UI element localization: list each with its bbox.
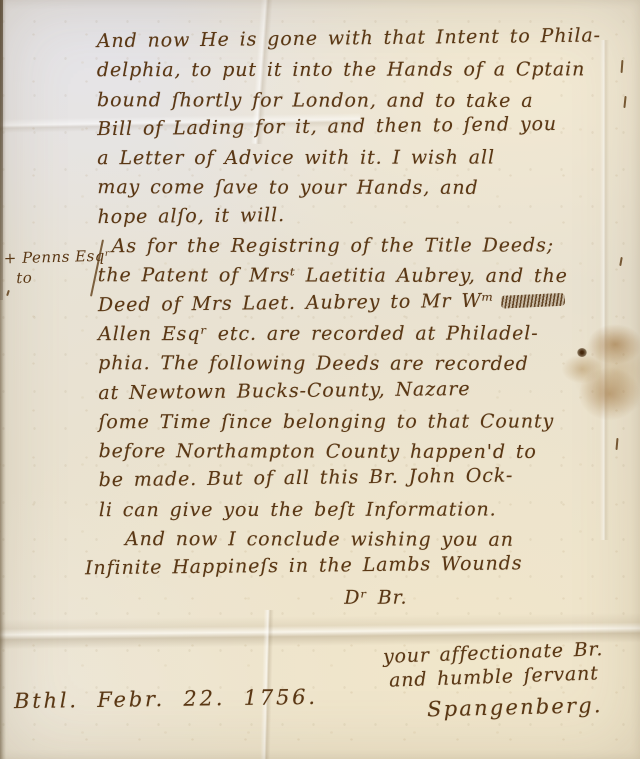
letter-line: a Letter of Advice with it. I wish all — [97, 143, 637, 173]
scribbled-out-word — [501, 292, 566, 308]
letter-body: And now He is gone with that Intent to P… — [97, 25, 640, 613]
letter-closing-text: Dʳ Br. — [344, 586, 407, 608]
paper-edge — [0, 0, 3, 300]
letter-line-text: And now He is gone with that Intent to P… — [97, 24, 601, 52]
letter-line-text: bound ſhortly for London, and to take a — [97, 89, 533, 112]
letter-line: li can give you the beſt Information. — [99, 495, 639, 525]
letter-line-text: Infinite Happineſs in the Lambs Wounds — [85, 553, 523, 580]
margin-note-line: to — [16, 266, 111, 288]
letter-line: ſome Time ſince belonging to that County — [98, 407, 638, 437]
dateline: Bthl. Febr. 22. 1756. — [14, 685, 318, 713]
letter-line: Bill of Lading for it, and then to ſend … — [97, 109, 637, 144]
letter-line-text: the Patent of Mrsᵗ Laetitia Aubrey, and … — [98, 265, 568, 288]
letter-line-text: phia. The following Deeds are recorded — [98, 352, 529, 375]
letter-line-text: Bill of Lading for it, and then to ſend … — [97, 113, 557, 140]
letter-line-text: li can give you the beſt Information. — [99, 498, 497, 521]
letter-line-text: ſome Time ſince belonging to that County — [98, 410, 554, 433]
letter-line-text: As for the Registring of the Title Deeds… — [112, 234, 554, 257]
letter-line: be made. But of all this Br. John Ock- — [99, 461, 639, 496]
letter-line: at Newtown Bucks-County, Nazare — [98, 373, 638, 408]
letter-line: Deed of Mrs Laet. Aubrey to Mr Wᵐ — [98, 285, 638, 320]
letter-line-text: a Letter of Advice with it. I wish all — [97, 147, 495, 170]
letter-line: Allen Esqʳ etc. are recorded at Philadel… — [98, 319, 638, 349]
margin-note: + Penns Esqʳ to — [3, 246, 111, 289]
letter-line: And now He is gone with that Intent to P… — [97, 21, 637, 56]
letter-line-text: Allen Esqʳ etc. are recorded at Philadel… — [98, 322, 539, 345]
letter-line-text: at Newtown Bucks-County, Nazare — [98, 378, 470, 404]
letter-line-text: hope alſo, it will. — [97, 204, 285, 228]
letter-line-text: may come ſave to your Hands, and — [97, 177, 478, 200]
letter-line: As for the Registring of the Title Deeds… — [112, 231, 638, 261]
letter-closing-line: Dʳ Br. — [99, 583, 639, 613]
letter-line-text: before Northampton County happen'd to — [99, 440, 537, 463]
letter-line-text: And now I conclude wishing you an — [125, 528, 514, 551]
letter-line: Infinite Happineſs in the Lambs Wounds — [85, 548, 639, 584]
letter-line: hope alſo, it will. — [97, 197, 637, 232]
letter-line-text: Deed of Mrs Laet. Aubrey to Mr Wᵐ — [98, 289, 495, 315]
letter-line-text: be made. But of all this Br. John Ock- — [99, 465, 514, 492]
letter-paper: And now He is gone with that Intent to P… — [0, 0, 640, 759]
letter-line: delphia, to put it into the Hands of a C… — [97, 56, 637, 86]
signature-block: your affectionate Br. and humble ſervant… — [359, 636, 630, 724]
letter-line-text: delphia, to put it into the Hands of a C… — [97, 59, 585, 82]
margin-note-line: + Penns Esqʳ — [3, 246, 110, 269]
